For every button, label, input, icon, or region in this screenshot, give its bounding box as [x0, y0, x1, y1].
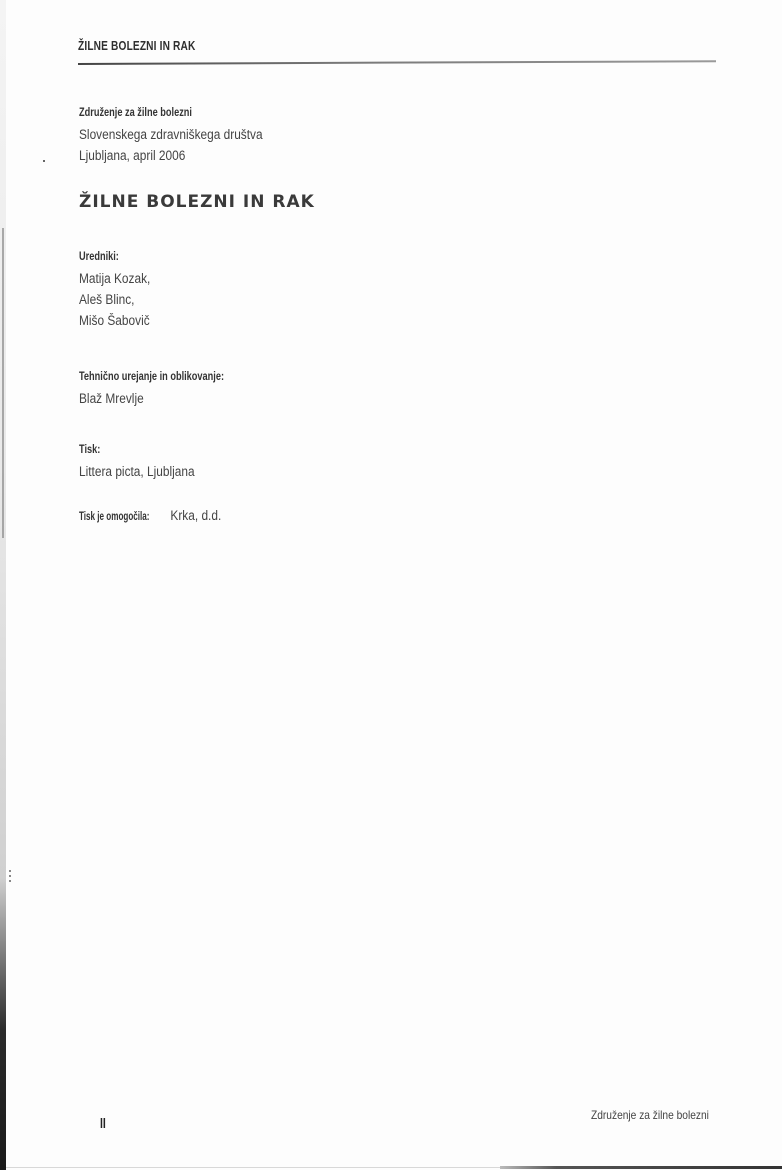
publisher-organization: Združenje za žilne bolezni	[79, 103, 192, 124]
page-number: II	[100, 1115, 106, 1132]
footer-edge-faint	[6, 1167, 500, 1168]
sponsor-block: Tisk je omogočila: Krka, d.d.	[79, 505, 241, 528]
page-edge-shadow	[0, 0, 6, 1170]
designer-name: Blaž Mrevlje	[79, 388, 144, 409]
scan-speck	[43, 160, 45, 162]
editor-name: Aleš Blinc,	[79, 289, 134, 310]
editor-name: Matija Kozak,	[79, 268, 150, 289]
design-label: Tehnično urejanje in oblikovanje:	[79, 367, 224, 388]
editors-label: Uredniki:	[79, 247, 119, 268]
running-footer: Združenje za žilne bolezni	[591, 1108, 709, 1122]
running-header-title: ŽILNE BOLEZNI IN RAK	[78, 38, 195, 53]
scan-speck	[9, 870, 11, 884]
scan-artifact	[2, 228, 4, 538]
editor-name: Mišo Šabovič	[79, 310, 150, 331]
printer-name: Littera picta, Ljubljana	[79, 461, 195, 482]
publisher-block: Združenje za žilne bolezni Slovenskega z…	[79, 101, 288, 166]
print-block: Tisk: Littera picta, Ljubljana	[79, 438, 210, 482]
editors-block: Uredniki: Matija Kozak, Aleš Blinc, Mišo…	[79, 245, 160, 331]
book-title: ŽILNE BOLEZNI IN RAK	[79, 192, 315, 212]
publisher-society: Slovenskega zdravniškega društva	[79, 124, 263, 145]
header-rule	[78, 60, 716, 65]
publisher-place-date: Ljubljana, april 2006	[79, 145, 185, 166]
print-label: Tisk:	[79, 440, 100, 461]
sponsor-label: Tisk je omogočila:	[79, 507, 149, 528]
footer-edge-shadow	[500, 1166, 782, 1169]
sponsor-name: Krka, d.d.	[170, 508, 221, 523]
design-block: Tehnično urejanje in oblikovanje: Blaž M…	[79, 365, 260, 409]
